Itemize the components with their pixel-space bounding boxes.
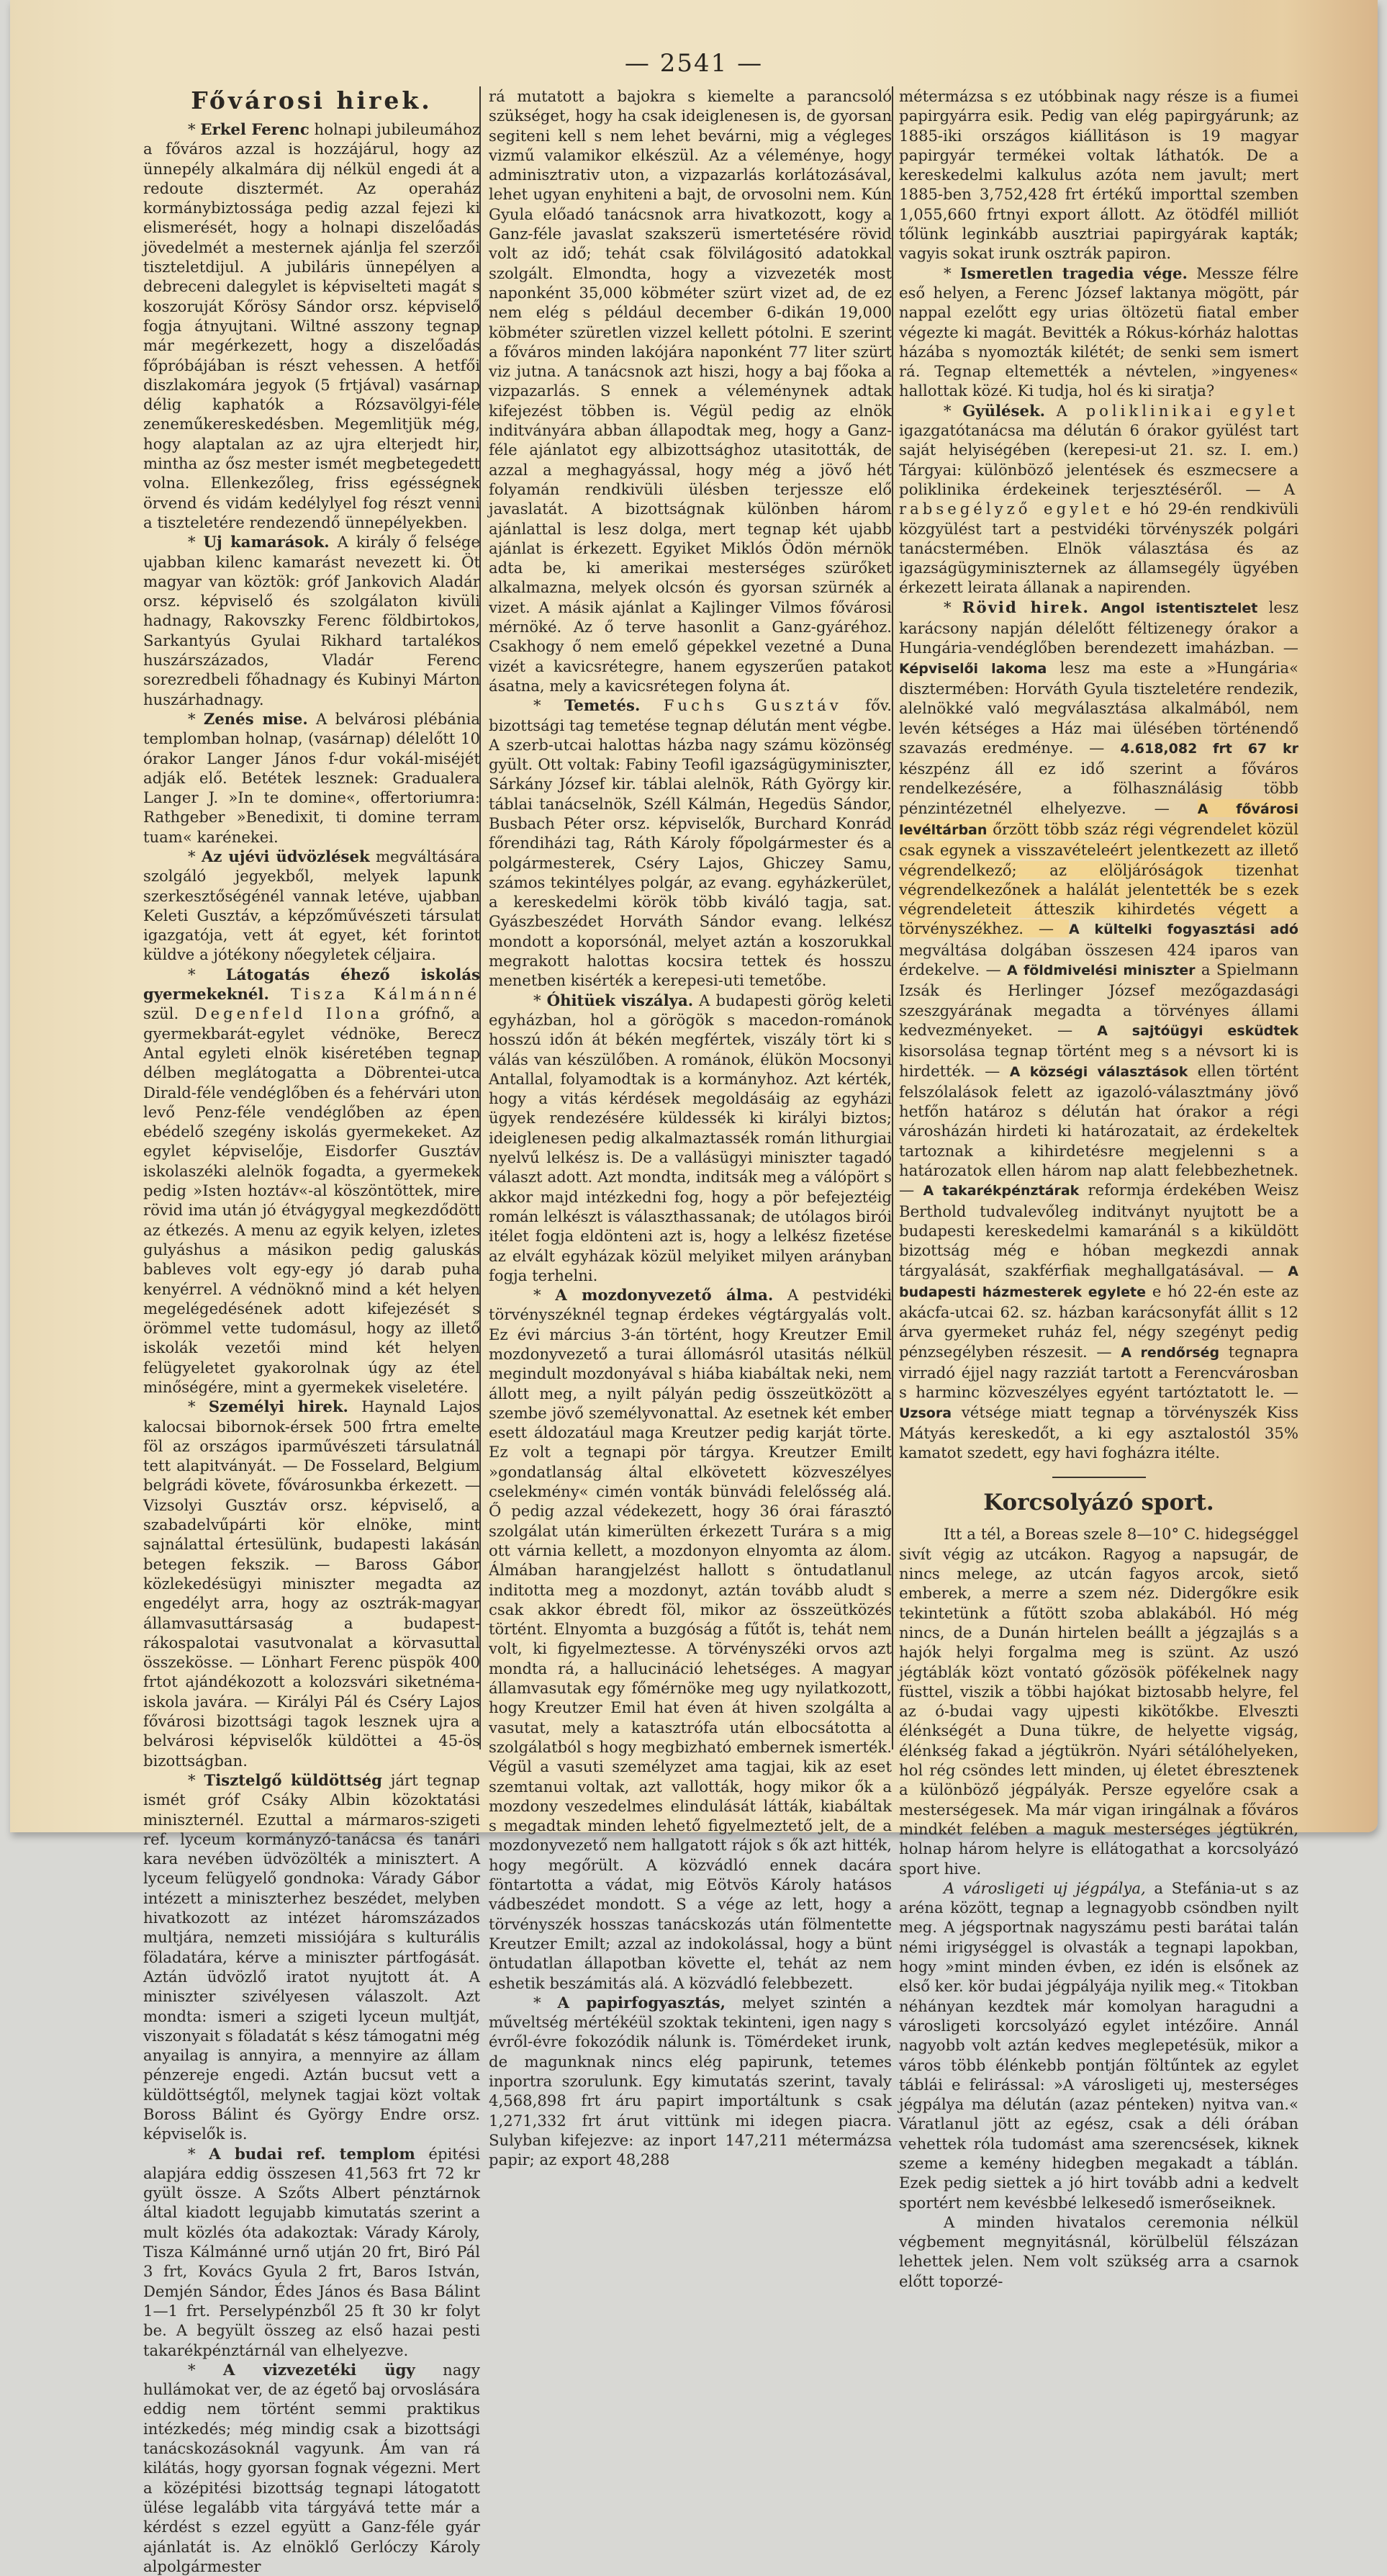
column-1: Fővárosi hirek. * Erkel Ferenc holnapi j… bbox=[143, 86, 480, 1843]
article-body: igazgatótanácsa ma délután 6 órakor gyül… bbox=[899, 421, 1298, 498]
article: * Óhitüek viszálya. A budapesti görög ke… bbox=[489, 991, 892, 1285]
news-item-lead: 4.618,082 frt 67 kr bbox=[1120, 741, 1298, 757]
article: * Uj kamarások. A király ő felsége ujabb… bbox=[143, 532, 480, 709]
page-number: — 2541 — bbox=[10, 49, 1378, 78]
article-body: grófnő, a gyermekbarát-egylet védnöke, B… bbox=[143, 1004, 480, 1396]
news-item-body: vétsége miatt tegnap a törvényszék Kiss … bbox=[899, 1403, 1298, 1462]
article-headline: Tisztelgő küldöttség bbox=[204, 1771, 381, 1789]
spaced-name: Tisza Kálmánné bbox=[291, 985, 480, 1003]
article-headline: Erkel Ferenc bbox=[200, 120, 309, 138]
column-2: rá mutatott a bajokra s kiemelte a paran… bbox=[489, 86, 892, 1843]
article-headline: Rövid hirek. bbox=[962, 598, 1090, 616]
article-body: főv. bizottsági tag temetése tegnap délu… bbox=[489, 696, 892, 989]
article-headline: Ismeretlen tragedia vége. bbox=[960, 264, 1188, 282]
news-item-lead: Képviselői lakoma bbox=[899, 661, 1047, 677]
article: * Tisztelgő küldöttség járt tegnap ismét… bbox=[143, 1770, 480, 1843]
spaced-name: Fuchs Gusztáv bbox=[664, 696, 842, 714]
column-3: métermázsa s ez utóbbinak nagy része is … bbox=[899, 86, 1298, 1843]
article-body: A belvárosi plébánia templomban holnap, … bbox=[143, 710, 480, 846]
section-divider bbox=[1052, 1477, 1146, 1478]
article-headline: Uj kamarások. bbox=[203, 533, 329, 551]
news-item-lead: A rendőrség bbox=[1121, 1345, 1219, 1361]
article: * Az ujévi üdvözlések megváltására szolg… bbox=[143, 847, 480, 965]
column-rule-2 bbox=[892, 86, 893, 1749]
news-item-lead: A kültelki fogyasztási adó bbox=[1069, 922, 1298, 937]
highlighted-passage: A fővárosi levéltárban őrzött több száz … bbox=[899, 799, 1298, 938]
article: * Ismeretlen tragedia vége. Messze félre… bbox=[899, 264, 1298, 401]
article-headline: Óhitüek viszálya. bbox=[547, 991, 693, 1009]
article-body: A budapesti görög keleti egyházban, hol … bbox=[489, 991, 892, 1284]
section-title: Korcsolyázó sport. bbox=[899, 1488, 1298, 1517]
article-headline: Temetés. bbox=[564, 696, 640, 714]
article: * A mozdonyvezető álma. A pestvidéki tör… bbox=[489, 1285, 892, 1843]
article-body: Messze félre eső helyen, a Ferenc József… bbox=[899, 264, 1298, 400]
news-item-lead: Uzsora bbox=[899, 1405, 952, 1421]
spaced-name: A poliklinikai egylet bbox=[1057, 402, 1298, 420]
article-body: A király ő felsége ujabban kilenc kamará… bbox=[143, 533, 480, 708]
article-continuation: rá mutatott a bajokra s kiemelte a paran… bbox=[489, 86, 892, 695]
spaced-name: Degenfeld Ilona bbox=[195, 1004, 384, 1022]
article-body: A pestvidéki törvényszéknél tegnap érdek… bbox=[489, 1286, 892, 1843]
newspaper-page: — 2541 — Fővárosi hirek. * Erkel Ferenc … bbox=[10, 0, 1378, 1832]
sport-paragraph: Itt a tél, a Boreas szele 8—10° C. hideg… bbox=[899, 1524, 1298, 1843]
news-item-lead: A községi választások bbox=[1010, 1064, 1188, 1080]
news-item-lead: Angol istentisztelet bbox=[1101, 600, 1257, 616]
section-title: Fővárosi hirek. bbox=[143, 86, 480, 115]
article: * Temetés. Fuchs Gusztáv főv. bizottsági… bbox=[489, 695, 892, 990]
article-headline: Gyülések. bbox=[962, 402, 1045, 420]
article-headline: Személyi hirek. bbox=[209, 1397, 348, 1415]
news-item-lead: A sajtóügyi esküdtek bbox=[1097, 1023, 1298, 1039]
article-continuation: métermázsa s ez utóbbinak nagy része is … bbox=[899, 86, 1298, 264]
article: * Személyi hirek. Haynald Lajos kalocsai… bbox=[143, 1397, 480, 1770]
article-headline: A mozdonyvezető álma. bbox=[555, 1286, 773, 1304]
news-item-lead: A takarékpénztárak bbox=[923, 1183, 1079, 1199]
article-body: holnapi jubileumához a főváros azzal is … bbox=[143, 120, 480, 531]
article: * Gyülések. A poliklinikai egylet igazga… bbox=[899, 401, 1298, 598]
article-headline: Az ujévi üdvözlések bbox=[202, 847, 370, 865]
article-short-news: * Rövid hirek. Angol istentisztelet lesz… bbox=[899, 598, 1298, 1463]
article: * Erkel Ferenc holnapi jubileumához a fő… bbox=[143, 120, 480, 532]
news-item-body: ellen történt felszólalások felett az ig… bbox=[899, 1062, 1298, 1199]
article-headline: Zenés mise. bbox=[204, 710, 308, 728]
article: * Látogatás éhező iskolás gyermekeknél. … bbox=[143, 965, 480, 1397]
article-body: szül. bbox=[143, 1004, 179, 1022]
article-body: Haynald Lajos kalocsai bibornok-érsek 50… bbox=[143, 1397, 480, 1769]
article: * Zenés mise. A belvárosi plébánia templ… bbox=[143, 709, 480, 847]
news-item-lead: A földmivelési miniszter bbox=[1007, 963, 1195, 978]
